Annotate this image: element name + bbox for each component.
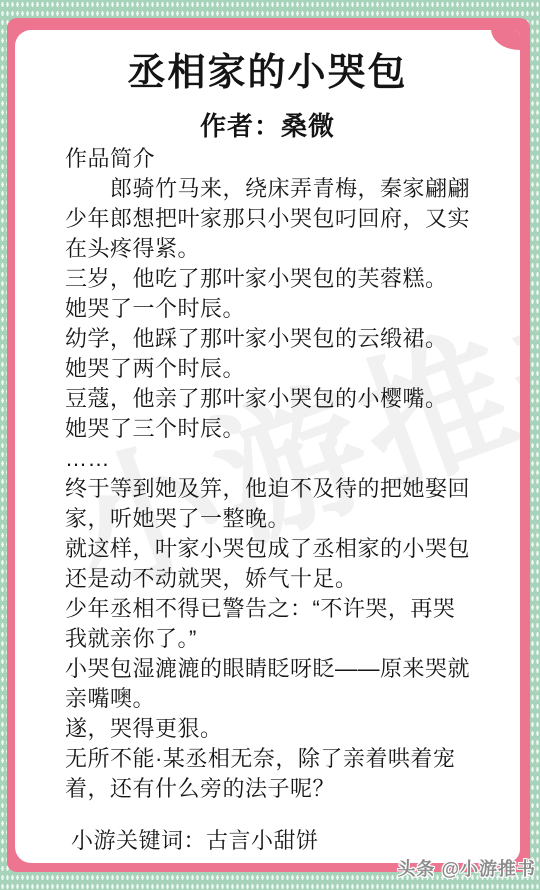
synopsis-block: 作品简介 郎骑竹马来，绕床弄青梅，秦家翩翩少年郎想把叶家那只小哭包叼回府，又实在…	[65, 144, 512, 856]
synopsis-line: 我就亲你了。”	[65, 624, 512, 654]
synopsis-line: 在头疼得紧。	[65, 234, 512, 264]
synopsis-line: 她哭了三个时辰。	[65, 414, 512, 444]
synopsis-line: 少年丞相不得已警告之：“不许哭，再哭	[65, 594, 512, 624]
content-card: 小游推书 丞相家的小哭包 作者：桑微 作品简介 郎骑竹马来，绕床弄青梅，秦家翩翩…	[15, 30, 520, 863]
book-title: 丞相家的小哭包	[15, 49, 520, 97]
synopsis-line: 就这样，叶家小哭包成了丞相家的小哭包	[65, 534, 512, 564]
synopsis-line: 豆蔻，他亲了那叶家小哭包的小樱嘴。	[65, 384, 512, 414]
synopsis-line: 她哭了两个时辰。	[65, 354, 512, 384]
pink-frame: 小游推书 丞相家的小哭包 作者：桑微 作品简介 郎骑竹马来，绕床弄青梅，秦家翩翩…	[7, 18, 530, 872]
synopsis-line: 幼学，他踩了那叶家小哭包的云缎裙。	[65, 324, 512, 354]
synopsis-line: 终于等到她及笄，他迫不及待的把她娶回	[65, 474, 512, 504]
synopsis-line: 着，还有什么旁的法子呢？	[65, 774, 512, 804]
synopsis-line: 三岁，他吃了那叶家小哭包的芙蓉糕。	[65, 264, 512, 294]
synopsis-line: 她哭了一个时辰。	[65, 294, 512, 324]
synopsis-line: 还是动不动就哭，娇气十足。	[65, 564, 512, 594]
synopsis-line: ……	[65, 444, 512, 474]
synopsis-line: 郎骑竹马来，绕床弄青梅，秦家翩翩	[65, 174, 512, 204]
synopsis-line: 遂，哭得更狠。	[65, 714, 512, 744]
section-label: 作品简介	[65, 144, 512, 174]
platform-credit-watermark: 头条 @小游推书	[397, 855, 536, 881]
book-author: 作者：桑微	[15, 110, 520, 142]
synopsis-line: 无所不能·某丞相无奈，除了亲着哄着宠	[65, 744, 512, 774]
synopsis-lines: 郎骑竹马来，绕床弄青梅，秦家翩翩少年郎想把叶家那只小哭包叼回府，又实在头疼得紧。…	[65, 174, 512, 804]
synopsis-line: 小哭包湿漉漉的眼睛眨呀眨——原来哭就	[65, 654, 512, 684]
synopsis-line: 少年郎想把叶家那只小哭包叼回府，又实	[65, 204, 512, 234]
synopsis-line: 亲嘴噢。	[65, 684, 512, 714]
synopsis-line: 家，听她哭了一整晚。	[65, 504, 512, 534]
corner-notch-decoration	[491, 30, 520, 50]
keyword-line: 小游关键词：古言小甜饼	[65, 826, 512, 856]
